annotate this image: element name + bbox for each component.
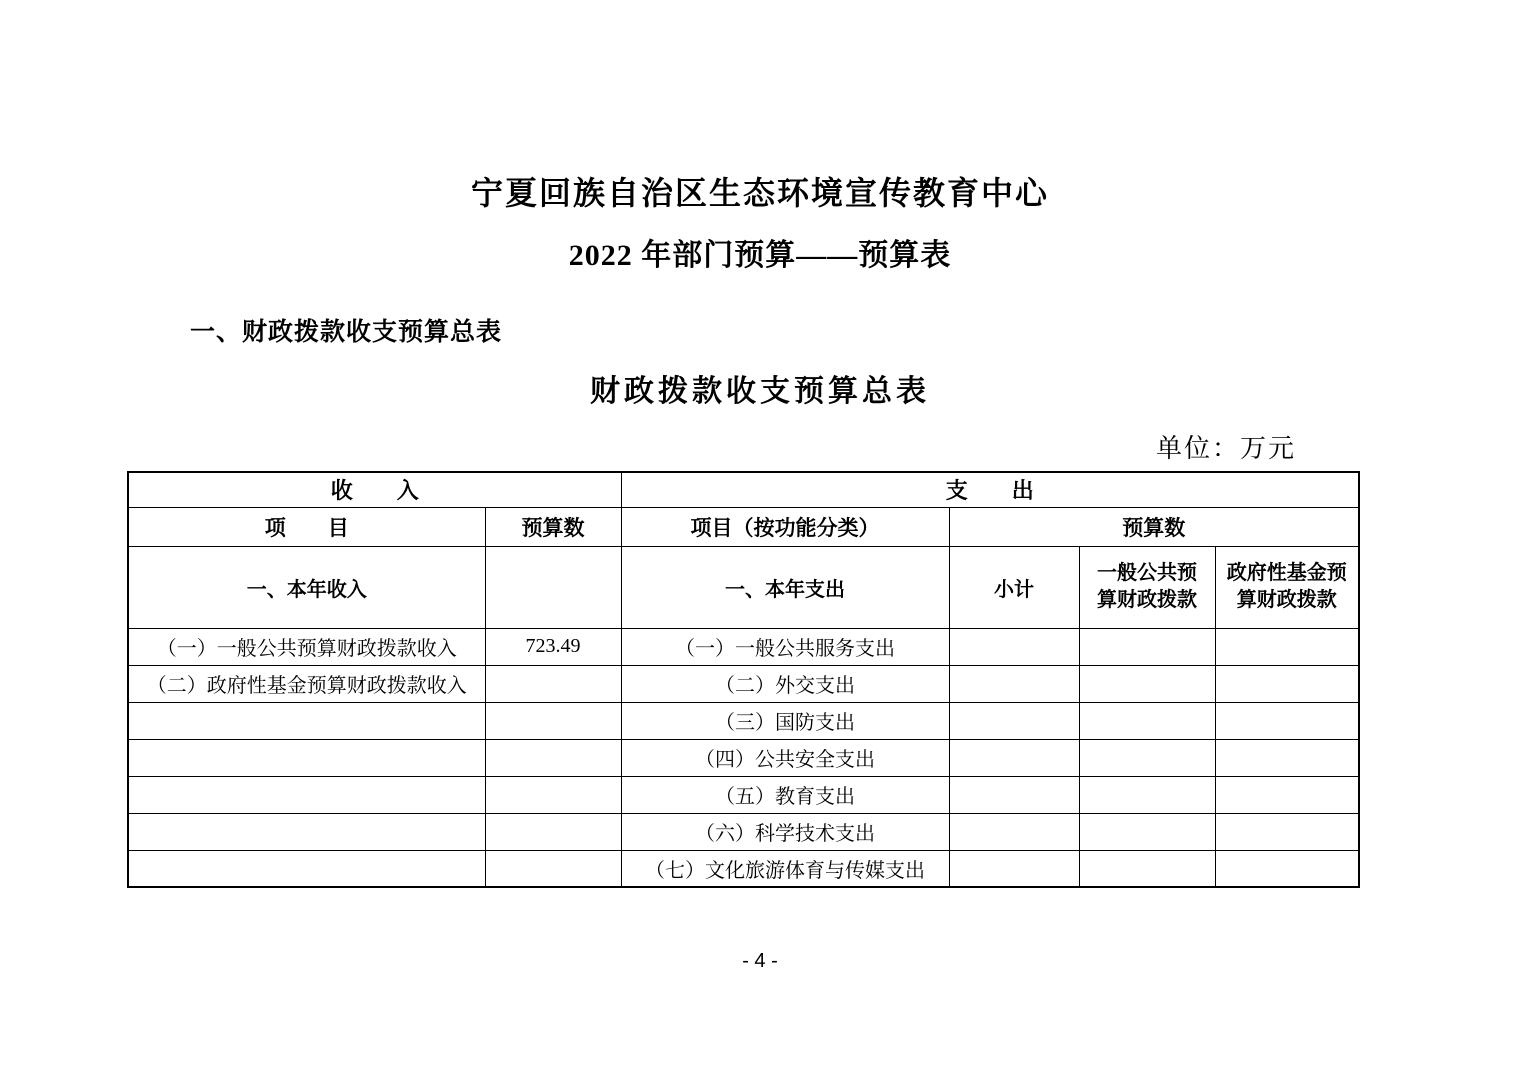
general-cell <box>1079 776 1215 813</box>
income-item-cell <box>128 813 485 850</box>
fund-cell <box>1215 628 1359 665</box>
income-budget-cell <box>485 776 621 813</box>
general-public-col-header: 一般公共预 算财政拨款 <box>1079 546 1215 628</box>
income-item-cell <box>128 739 485 776</box>
document-title-line1: 宁夏回族自治区生态环境宣传教育中心 <box>0 168 1520 214</box>
document-title-line2: 2022 年部门预算——预算表 <box>0 230 1520 274</box>
income-budget-cell <box>485 739 621 776</box>
general-cell <box>1079 850 1215 887</box>
income-item-cell <box>128 850 485 887</box>
table-row: （五）教育支出 <box>128 776 1359 813</box>
exp-item-cell: （七）文化旅游体育与传媒支出 <box>621 850 949 887</box>
general-cell <box>1079 739 1215 776</box>
income-item-col-header: 项 目 <box>128 507 485 546</box>
exp-item-cell: （四）公共安全支出 <box>621 739 949 776</box>
exp-item-cell: （二）外交支出 <box>621 665 949 702</box>
exp-total-label-cell: 一、本年支出 <box>621 546 949 628</box>
subtotal-cell <box>949 776 1079 813</box>
income-budget-cell <box>485 665 621 702</box>
general-cell <box>1079 702 1215 739</box>
income-item-cell <box>128 702 485 739</box>
expenditure-section-header: 支 出 <box>621 472 1359 507</box>
income-budget-col-header: 预算数 <box>485 507 621 546</box>
income-budget-cell: 723.49 <box>485 628 621 665</box>
document-page: 宁夏回族自治区生态环境宣传教育中心 2022 年部门预算——预算表 一、财政拨款… <box>0 0 1520 1074</box>
exp-item-cell: （五）教育支出 <box>621 776 949 813</box>
income-section-header: 收 入 <box>128 472 621 507</box>
income-item-cell: （二）政府性基金预算财政拨款收入 <box>128 665 485 702</box>
table-row: （一）一般公共预算财政拨款收入 723.49 （一）一般公共服务支出 <box>128 628 1359 665</box>
subtotal-cell <box>949 739 1079 776</box>
exp-budget-col-header: 预算数 <box>949 507 1359 546</box>
fund-cell <box>1215 665 1359 702</box>
subtotal-cell <box>949 702 1079 739</box>
general-cell <box>1079 628 1215 665</box>
subtotal-col-header: 小计 <box>949 546 1079 628</box>
income-budget-cell <box>485 702 621 739</box>
income-budget-cell <box>485 850 621 887</box>
income-budget-cell <box>485 813 621 850</box>
budget-table: 收 入 支 出 项 目 预算数 项目（按功能分类） 预算数 一、本年收入 一、本… <box>127 471 1360 888</box>
gov-fund-col-header: 政府性基金预 算财政拨款 <box>1215 546 1359 628</box>
fund-cell <box>1215 702 1359 739</box>
fund-cell <box>1215 813 1359 850</box>
income-total-budget-cell <box>485 546 621 628</box>
subtotal-cell <box>949 813 1079 850</box>
exp-item-cell: （六）科学技术支出 <box>621 813 949 850</box>
subtotal-cell <box>949 628 1079 665</box>
table-row: （六）科学技术支出 <box>128 813 1359 850</box>
income-item-cell <box>128 776 485 813</box>
subtotal-cell <box>949 850 1079 887</box>
table-row: （二）政府性基金预算财政拨款收入 （二）外交支出 <box>128 665 1359 702</box>
fund-cell <box>1215 850 1359 887</box>
table-row: （四）公共安全支出 <box>128 739 1359 776</box>
section-heading: 一、财政拨款收支预算总表 <box>190 312 502 348</box>
subtotal-cell <box>949 665 1079 702</box>
table-section-row: 一、本年收入 一、本年支出 小计 一般公共预 算财政拨款 政府性基金预 算财政拨… <box>128 546 1359 628</box>
fund-cell <box>1215 776 1359 813</box>
exp-item-cell: （三）国防支出 <box>621 702 949 739</box>
general-cell <box>1079 813 1215 850</box>
unit-label: 单位：万元 <box>127 428 1358 465</box>
income-item-cell: （一）一般公共预算财政拨款收入 <box>128 628 485 665</box>
fund-cell <box>1215 739 1359 776</box>
table-header-row-2: 项 目 预算数 项目（按功能分类） 预算数 <box>128 507 1359 546</box>
income-total-label-cell: 一、本年收入 <box>128 546 485 628</box>
table-header-row-1: 收 入 支 出 <box>128 472 1359 507</box>
exp-item-col-header: 项目（按功能分类） <box>621 507 949 546</box>
table-title: 财政拨款收支预算总表 <box>0 366 1520 410</box>
exp-item-cell: （一）一般公共服务支出 <box>621 628 949 665</box>
table-row: （三）国防支出 <box>128 702 1359 739</box>
general-cell <box>1079 665 1215 702</box>
table-row: （七）文化旅游体育与传媒支出 <box>128 850 1359 887</box>
page-number: - 4 - <box>0 950 1520 973</box>
